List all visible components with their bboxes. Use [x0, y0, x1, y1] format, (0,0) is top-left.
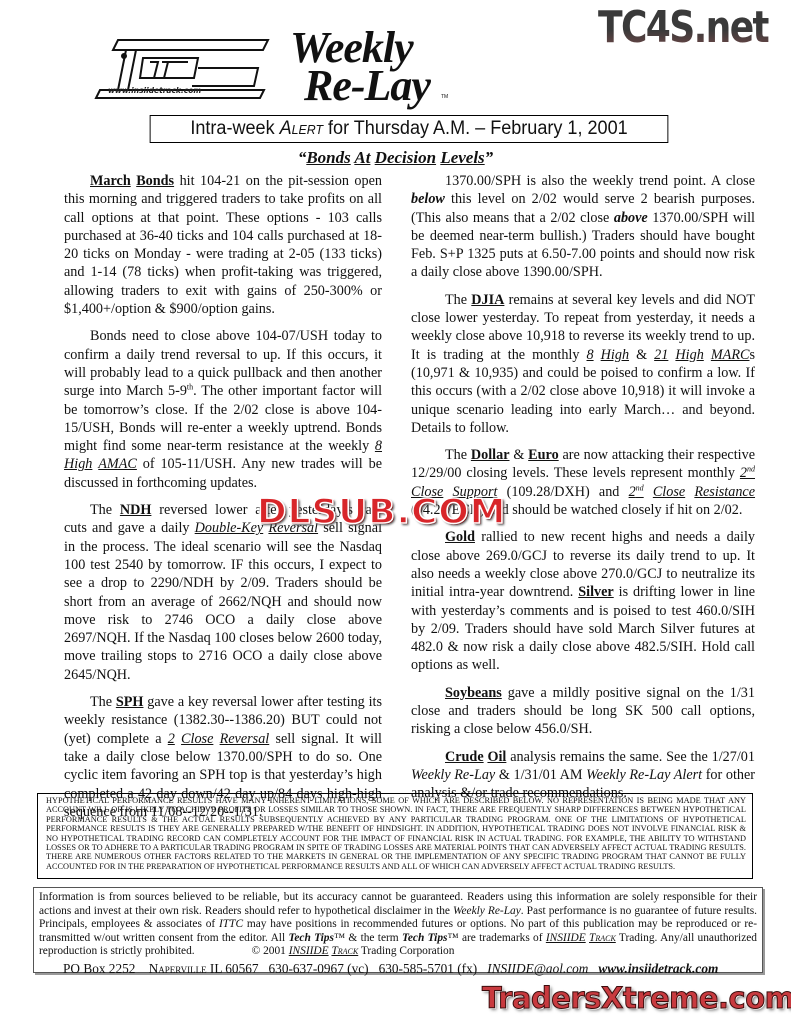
brand-name: Track [589, 932, 616, 944]
brand-name: INSIIDE [289, 945, 329, 957]
emphasis: below [411, 191, 445, 207]
tm-mark: ™ [447, 932, 458, 944]
term: 2 [168, 731, 175, 747]
term: 8 [587, 347, 594, 363]
headline-word: Decision [375, 148, 436, 167]
term: Close [181, 731, 213, 747]
brand-name: INSIIDE [546, 932, 586, 944]
company-name: ITTC [219, 918, 243, 930]
keyword-euro: Euro [528, 447, 559, 463]
trademark-name: Tech Tips [288, 932, 334, 944]
phone-number: 630-637-0967 (vc) [269, 961, 369, 976]
paragraph-text: The [90, 694, 116, 710]
notice-text: Trading Corporation [358, 945, 454, 957]
keyword-sph: SPH [116, 694, 144, 710]
publication-name: Weekly Re-Lay [411, 767, 495, 783]
paragraph-text: The [445, 292, 471, 308]
keyword-march: March [90, 173, 131, 189]
alert-caps: Alert [280, 118, 323, 139]
headline-word: Bonds [306, 148, 350, 167]
email-link[interactable]: INSIIDE@aol.com [487, 961, 588, 976]
keyword-soybeans: Soybeans [445, 685, 502, 701]
paragraph-text: sell signal in the process. The ideal sc… [64, 520, 382, 682]
keyword-bonds: Bonds [136, 173, 174, 189]
keyword-crude: Crude [445, 749, 484, 765]
term: 8 [375, 438, 382, 454]
watermark-tradersxtreme: TradersXtreme.com [482, 981, 791, 1015]
keyword-dollar: Dollar [471, 447, 510, 463]
paragraph-djia: The DJIA remains at several key levels a… [411, 291, 755, 437]
headline: “Bonds At Decision Levels” [0, 148, 791, 168]
info-box: Information is from sources believed to … [33, 887, 763, 973]
notice-text: & the term [345, 932, 402, 944]
paragraph-text: 1370.00/SPH is also the weekly trend poi… [445, 173, 755, 189]
title-relay: Re-Lay [304, 64, 430, 108]
paragraph-sph-cont: 1370.00/SPH is also the weekly trend poi… [411, 172, 755, 282]
publication-name: Weekly Re-Lay [453, 905, 521, 917]
paragraph-text: & [629, 347, 654, 363]
paragraph-text: The [445, 447, 471, 463]
alert-banner: Intra-week Alert for Thursday A.M. – Feb… [150, 115, 669, 143]
term: Double-Key [195, 520, 264, 536]
paragraph-bonds: March Bonds hit 104-21 on the pit-sessio… [64, 172, 382, 318]
notice-text: are trademarks of [459, 932, 546, 944]
city-address: Naperville IL 60567 [149, 961, 259, 976]
contact-line: PO Box 2252 Naperville IL 60567 630-637-… [39, 962, 757, 976]
watermark-tc4s: TC4S.net [598, 2, 768, 53]
po-box: PO Box 2252 [63, 961, 135, 976]
term: 2 [629, 484, 636, 500]
trademark-name: Tech Tips [402, 932, 448, 944]
term: 2 [740, 465, 747, 481]
logo-url: www.insiidetrack.com [108, 86, 201, 95]
paragraph-text: & [510, 447, 529, 463]
legal-notice: Information is from sources believed to … [39, 891, 757, 959]
keyword-ndh: NDH [120, 502, 152, 518]
term: Close [653, 484, 685, 500]
paragraph-text: analysis remains the same. See the 1/27/… [506, 749, 755, 765]
term: High [601, 347, 629, 363]
superscript: nd [636, 483, 644, 492]
keyword-oil: Oil [487, 749, 506, 765]
keyword-djia: DJIA [471, 292, 504, 308]
term: 21 [654, 347, 668, 363]
term: Resistance [694, 484, 755, 500]
keyword-silver: Silver [578, 584, 613, 600]
watermark-dlsub: DLSUB.COM [257, 492, 506, 532]
tm-mark: ™ [334, 932, 345, 944]
term: Reversal [220, 731, 270, 747]
fax-number: 630-585-5701 (fx) [379, 961, 478, 976]
headline-word: Levels [440, 148, 484, 167]
publication-name: Weekly Re-Lay Alert [586, 767, 702, 783]
term: MARC [711, 347, 750, 363]
paragraph-gold-silver: Gold rallied to new recent highs and nee… [411, 528, 755, 674]
paragraph-soybeans: Soybeans gave a mildly positive signal o… [411, 684, 755, 739]
paragraph-text: The [90, 502, 120, 518]
website-link[interactable]: www.insiidetrack.com [598, 961, 718, 976]
paragraph-bonds-2: Bonds need to close above 104-07/USH tod… [64, 327, 382, 492]
superscript: nd [747, 465, 755, 474]
alert-prefix: Intra-week [190, 118, 279, 139]
term: AMAC [98, 456, 137, 472]
hypothetical-disclaimer: Hypothetical performance results have ma… [37, 793, 753, 879]
quote-close: ” [485, 148, 494, 167]
term: High [64, 456, 92, 472]
paragraph-text: (109.28/DXH) and [497, 484, 628, 500]
brand-name: Track [331, 945, 358, 957]
term: High [675, 347, 703, 363]
emphasis: above [614, 210, 648, 226]
trademark-mark: TM [441, 94, 448, 100]
paragraph-text: & 1/31/01 AM [495, 767, 586, 783]
headline-word: At [354, 148, 370, 167]
alert-date: for Thursday A.M. – February 1, 2001 [323, 118, 628, 139]
paragraph-text: hit 104-21 on the pit-session open this … [64, 173, 382, 317]
